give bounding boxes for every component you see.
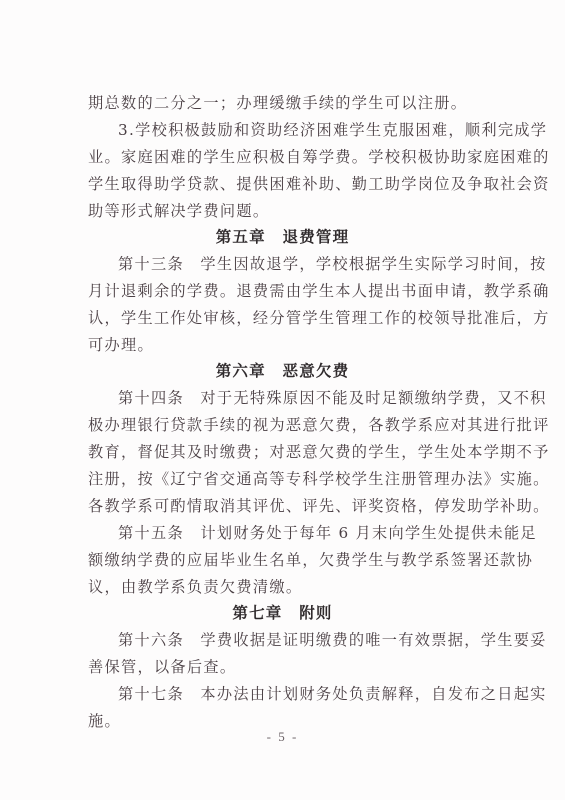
paragraph-line: 额缴纳学费的应届毕业生名单，欠费学生与教学系签署还款协 — [88, 550, 498, 570]
paragraph-line: 学生取得助学贷款、提供困难补助、勤工助学岗位及争取社会资 — [88, 174, 498, 194]
paragraph-line: 月计退剩余的学费。退费需由学生本人提出书面申请，教学系确 — [88, 281, 498, 301]
paragraph-line: 议，由教学系负责欠费清缴。 — [88, 577, 498, 597]
paragraph-line: 注册，按《辽宁省交通高等专科学校学生注册管理办法》实施。 — [88, 469, 498, 489]
paragraph-line: 第十三条 学生因故退学，学校根据学生实际学习时间，按 — [88, 254, 528, 274]
chapter-5-heading: 第五章 退费管理 — [0, 227, 565, 247]
paragraph-line: 助等形式解决学费问题。 — [88, 201, 498, 221]
chapter-7-heading: 第七章 附则 — [0, 603, 565, 623]
paragraph-line: 业。家庭困难的学生应积极自筹学费。学校积极协助家庭困难的 — [88, 147, 498, 167]
paragraph-line: 期总数的二分之一；办理缓缴手续的学生可以注册。 — [88, 93, 498, 113]
paragraph-line: 可办理。 — [88, 335, 498, 355]
paragraph-line: 第十五条 计划财务处于每年 6 月末向学生处提供未能足 — [88, 523, 528, 543]
paragraph-line: 第十四条 对于无特殊原因不能及时足额缴纳学费，又不积 — [88, 388, 528, 408]
paragraph-line: 3.学校积极鼓励和资助经济困难学生克服困难，顺利完成学 — [88, 120, 528, 140]
paragraph-line: 各教学系可酌情取消其评优、评先、评奖资格，停发助学补助。 — [88, 496, 498, 516]
document-page: 期总数的二分之一；办理缓缴手续的学生可以注册。 3.学校积极鼓励和资助经济困难学… — [0, 0, 565, 800]
paragraph-line: 施。 — [88, 711, 498, 731]
chapter-6-heading: 第六章 恶意欠费 — [0, 361, 565, 381]
page-number: - 5 - — [0, 729, 565, 745]
paragraph-line: 第十六条 学费收据是证明缴费的唯一有效票据，学生要妥 — [88, 630, 528, 650]
paragraph-line: 教育，督促其及时缴费；对恶意欠费的学生，学生处本学期不予 — [88, 442, 498, 462]
paragraph-line: 善保管，以备后查。 — [88, 657, 498, 677]
paragraph-line: 极办理银行贷款手续的视为恶意欠费，各教学系应对其进行批评 — [88, 415, 498, 435]
paragraph-line: 认，学生工作处审核，经分管学生管理工作的校领导批准后，方 — [88, 308, 498, 328]
paragraph-line: 第十七条 本办法由计划财务处负责解释，自发布之日起实 — [88, 684, 528, 704]
